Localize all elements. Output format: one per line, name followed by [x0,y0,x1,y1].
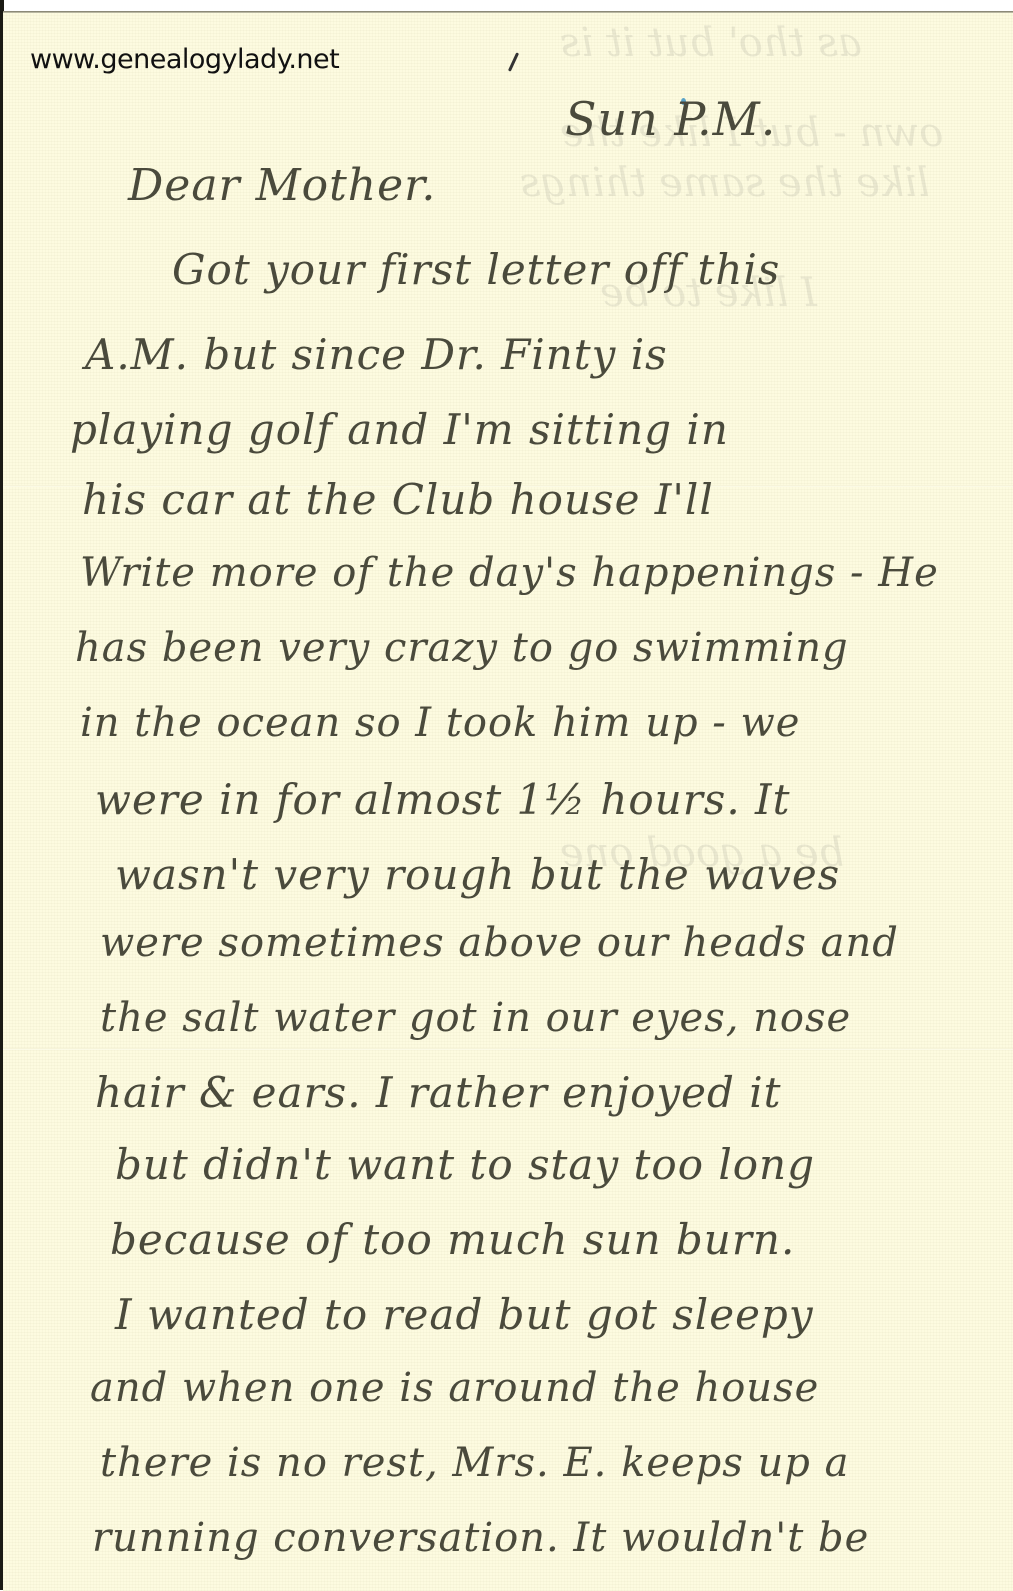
bleed-through-text: like the same things [520,160,930,206]
letter-line: wasn't very rough but the waves [115,850,840,899]
letter-line: in the ocean so I took him up - we [80,700,800,746]
letter-line: hair & ears. I rather enjoyed it [95,1068,782,1117]
letter-line: his car at the Club house I'll [82,475,714,524]
watermark-url: www.genealogylady.net [30,44,339,75]
letter-line: and when one is around the house [90,1365,819,1411]
letter-line: I wanted to read but got sleepy [115,1290,814,1339]
salutation: Dear Mother. [128,160,436,211]
letter-line: playing golf and I'm sitting in [70,405,729,454]
letter-line: were in for almost 1½ hours. It [95,775,791,824]
dateline: Sun P.M. [565,92,776,146]
letter-line: the salt water got in our eyes, nose [100,995,851,1041]
paper-fold [3,1048,1013,1050]
letter-line: there is no rest, Mrs. E. keeps up a [100,1440,849,1486]
scan-frame: as tho' but it is own - but I like the l… [0,0,1013,1590]
letter-line: A.M. but since Dr. Finty is [85,330,668,379]
letter-line: has been very crazy to go swimming [75,625,849,671]
letter-line: because of too much sun burn. [110,1215,795,1264]
letter-line: running conversation. It wouldn't be [92,1515,869,1561]
letter-line: but didn't want to stay too long [115,1140,815,1189]
bleed-through-text: as tho' but it is [560,20,862,66]
letter-line: Write more of the day's happenings - He [80,550,939,596]
letter-line: Got your first letter off this [172,245,780,294]
letter-line: were sometimes above our heads and [100,920,899,966]
